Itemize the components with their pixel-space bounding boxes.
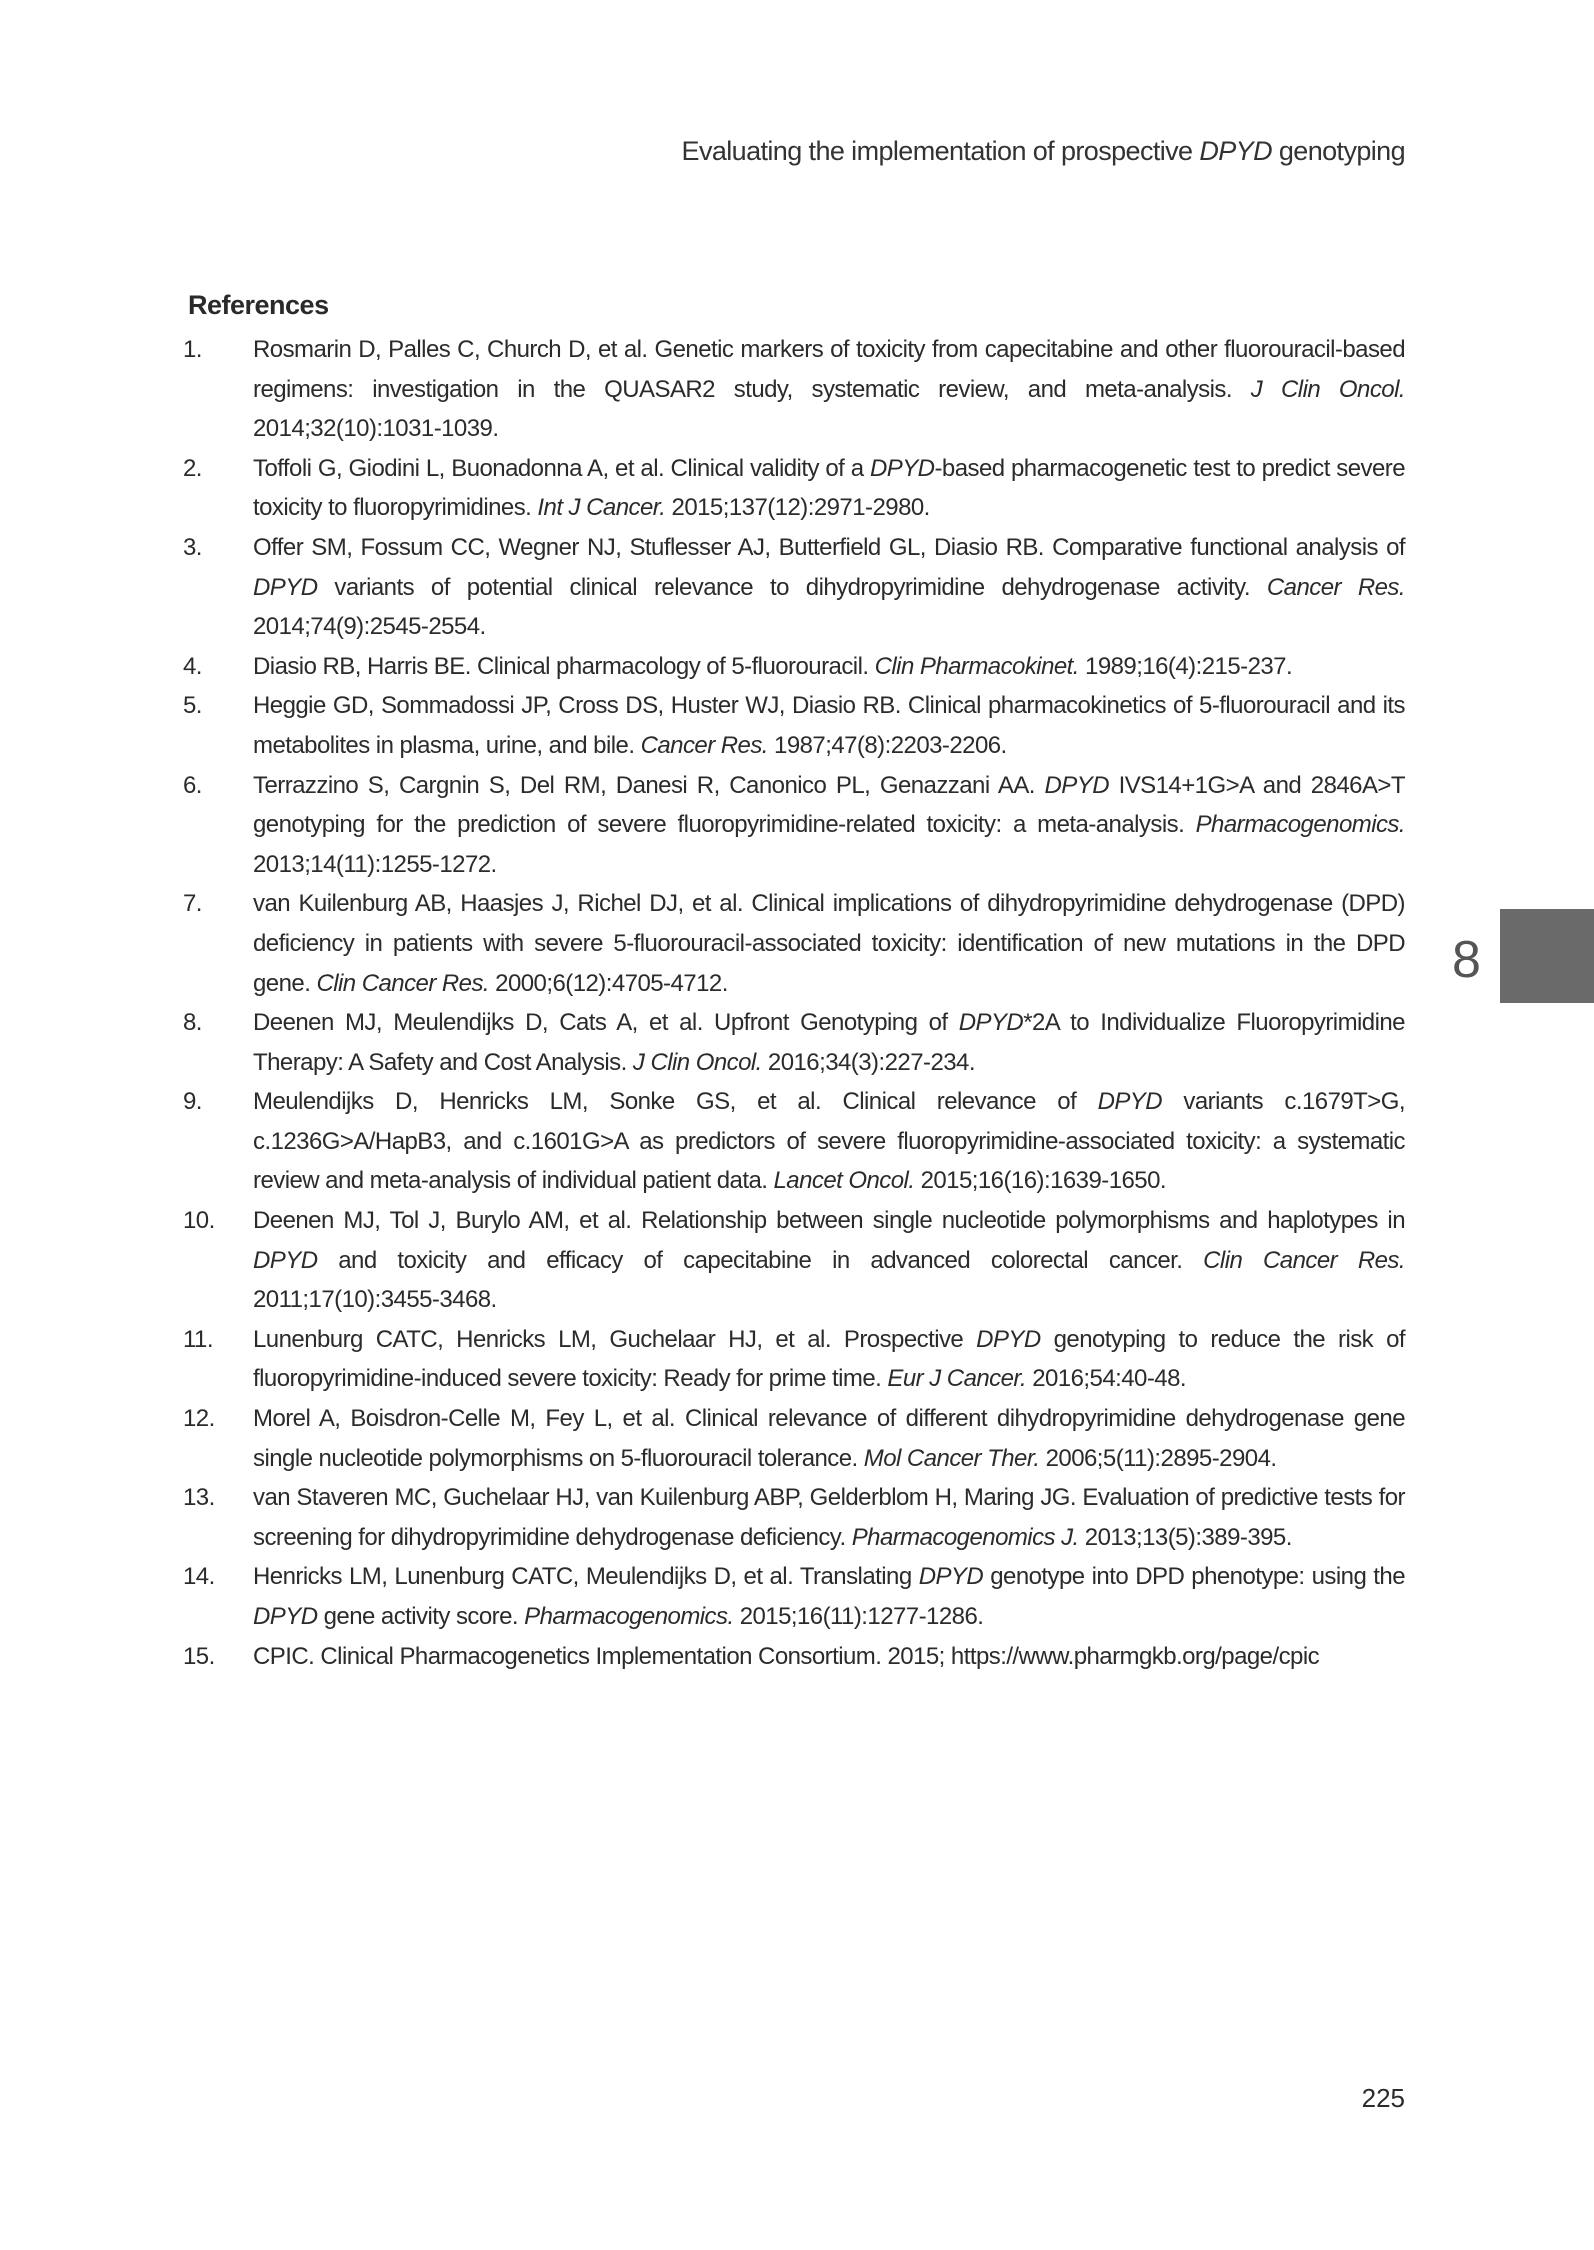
reference-segment: 2014;32(10):1031-1039. — [253, 415, 498, 442]
reference-italic: J Clin Oncol. — [1251, 376, 1405, 403]
reference-italic: Lancet Oncol. — [774, 1167, 915, 1194]
reference-number: 15. — [183, 1637, 215, 1677]
reference-text: Offer SM, Fossum CC, Wegner NJ, Stufless… — [253, 534, 1405, 640]
running-head: Evaluating the implementation of prospec… — [682, 136, 1405, 167]
reference-item: 7.van Kuilenburg AB, Haasjes J, Richel D… — [183, 884, 1405, 1003]
reference-italic: Clin Pharmacokinet. — [875, 653, 1079, 680]
page-number: 225 — [1362, 2083, 1405, 2114]
reference-item: 3.Offer SM, Fossum CC, Wegner NJ, Stufle… — [183, 528, 1405, 647]
reference-segment: Henricks LM, Lunenburg CATC, Meulendijks… — [253, 1563, 919, 1590]
reference-item: 8.Deenen MJ, Meulendijks D, Cats A, et a… — [183, 1003, 1405, 1082]
reference-segment: Lunenburg CATC, Henricks LM, Guchelaar H… — [253, 1326, 976, 1353]
reference-segment: 1989;16(4):215-237. — [1079, 653, 1292, 680]
reference-list: 1.Rosmarin D, Palles C, Church D, et al.… — [183, 330, 1405, 1676]
reference-number: 12. — [183, 1399, 215, 1439]
running-head-gene: DPYD — [1199, 136, 1272, 166]
reference-segment: 2015;16(16):1639-1650. — [914, 1167, 1166, 1194]
reference-number: 8. — [183, 1003, 202, 1043]
reference-item: 6.Terrazzino S, Cargnin S, Del RM, Danes… — [183, 766, 1405, 885]
reference-text: Henricks LM, Lunenburg CATC, Meulendijks… — [253, 1563, 1405, 1630]
running-head-suffix: genotyping — [1272, 136, 1405, 166]
reference-item: 10.Deenen MJ, Tol J, Burylo AM, et al. R… — [183, 1201, 1405, 1320]
reference-segment: 2013;14(11):1255-1272. — [253, 851, 497, 878]
reference-segment: and toxicity and efficacy of capecitabin… — [317, 1247, 1203, 1274]
reference-item: 15.CPIC. Clinical Pharmacogenetics Imple… — [183, 1637, 1405, 1677]
reference-segment: Meulendijks D, Henricks LM, Sonke GS, et… — [253, 1088, 1098, 1115]
reference-italic: Pharmacogenomics. — [1196, 811, 1405, 838]
reference-segment: 2015;16(11):1277-1286. — [734, 1603, 984, 1630]
reference-number: 13. — [183, 1478, 215, 1518]
reference-item: 12.Morel A, Boisdron-Celle M, Fey L, et … — [183, 1399, 1405, 1478]
reference-item: 4.Diasio RB, Harris BE. Clinical pharmac… — [183, 647, 1405, 687]
reference-segment: 2006;5(11):2895-2904. — [1040, 1445, 1277, 1472]
reference-segment: variants of potential clinical relevance… — [317, 574, 1266, 601]
reference-number: 1. — [183, 330, 202, 370]
reference-text: Rosmarin D, Palles C, Church D, et al. G… — [253, 336, 1405, 442]
reference-text: Toffoli G, Giodini L, Buonadonna A, et a… — [253, 455, 1405, 522]
reference-italic: Pharmacogenomics J. — [852, 1524, 1079, 1551]
reference-segment: genotype into DPD phenotype: using the — [983, 1563, 1405, 1590]
reference-segment: Rosmarin D, Palles C, Church D, et al. G… — [253, 336, 1405, 403]
reference-item: 11.Lunenburg CATC, Henricks LM, Guchelaa… — [183, 1320, 1405, 1399]
reference-italic: DPYD — [976, 1326, 1040, 1353]
reference-italic: DPYD — [870, 455, 934, 482]
reference-text: Deenen MJ, Tol J, Burylo AM, et al. Rela… — [253, 1207, 1405, 1313]
reference-italic: DPYD — [253, 1247, 317, 1274]
reference-segment: 2014;74(9):2545-2554. — [253, 613, 486, 640]
running-head-prefix: Evaluating the implementation of prospec… — [682, 136, 1200, 166]
reference-italic: J Clin Oncol. — [633, 1049, 762, 1076]
reference-text: van Staveren MC, Guchelaar HJ, van Kuile… — [253, 1484, 1405, 1551]
reference-number: 2. — [183, 449, 202, 489]
reference-italic: Int J Cancer. — [537, 494, 665, 521]
reference-segment: CPIC. Clinical Pharmacogenetics Implemen… — [253, 1643, 1319, 1670]
reference-segment: Toffoli G, Giodini L, Buonadonna A, et a… — [253, 455, 870, 482]
reference-italic: DPYD — [919, 1563, 983, 1590]
reference-segment: 2013;13(5):389-395. — [1079, 1524, 1292, 1551]
reference-segment: 2016;34(3):227-234. — [762, 1049, 975, 1076]
reference-italic: DPYD — [959, 1009, 1023, 1036]
reference-item: 2.Toffoli G, Giodini L, Buonadonna A, et… — [183, 449, 1405, 528]
reference-number: 4. — [183, 647, 202, 687]
reference-item: 13.van Staveren MC, Guchelaar HJ, van Ku… — [183, 1478, 1405, 1557]
reference-segment: 1987;47(8):2203-2206. — [768, 732, 1007, 759]
reference-number: 9. — [183, 1082, 202, 1122]
reference-number: 6. — [183, 766, 202, 806]
reference-italic: Clin Cancer Res. — [1203, 1247, 1405, 1274]
reference-text: Deenen MJ, Meulendijks D, Cats A, et al.… — [253, 1009, 1405, 1076]
reference-item: 14.Henricks LM, Lunenburg CATC, Meulendi… — [183, 1557, 1405, 1636]
reference-number: 7. — [183, 884, 202, 924]
reference-segment: Terrazzino S, Cargnin S, Del RM, Danesi … — [253, 772, 1045, 799]
reference-segment: gene activity score. — [317, 1603, 524, 1630]
reference-italic: Cancer Res. — [1267, 574, 1405, 601]
reference-text: Lunenburg CATC, Henricks LM, Guchelaar H… — [253, 1326, 1405, 1393]
reference-text: Morel A, Boisdron-Celle M, Fey L, et al.… — [253, 1405, 1405, 1472]
reference-italic: Pharmacogenomics. — [524, 1603, 733, 1630]
reference-segment: Deenen MJ, Tol J, Burylo AM, et al. Rela… — [253, 1207, 1405, 1234]
reference-text: van Kuilenburg AB, Haasjes J, Richel DJ,… — [253, 890, 1405, 996]
reference-text: Terrazzino S, Cargnin S, Del RM, Danesi … — [253, 772, 1405, 878]
reference-segment: Deenen MJ, Meulendijks D, Cats A, et al.… — [253, 1009, 959, 1036]
reference-item: 5.Heggie GD, Sommadossi JP, Cross DS, Hu… — [183, 686, 1405, 765]
reference-number: 14. — [183, 1557, 215, 1597]
reference-text: CPIC. Clinical Pharmacogenetics Implemen… — [253, 1643, 1319, 1670]
reference-segment: 2011;17(10):3455-3468. — [253, 1286, 497, 1313]
reference-text: Diasio RB, Harris BE. Clinical pharmacol… — [253, 653, 1292, 680]
reference-italic: DPYD — [1045, 772, 1109, 799]
reference-number: 11. — [183, 1320, 213, 1360]
reference-text: Heggie GD, Sommadossi JP, Cross DS, Hust… — [253, 692, 1405, 759]
reference-segment: 2016;54:40-48. — [1026, 1365, 1186, 1392]
reference-number: 10. — [183, 1201, 215, 1241]
reference-italic: DPYD — [253, 1603, 317, 1630]
reference-segment: 2000;6(12):4705-4712. — [489, 970, 728, 997]
reference-segment: Offer SM, Fossum CC, Wegner NJ, Stufless… — [253, 534, 1405, 561]
chapter-tab — [1500, 909, 1594, 1003]
reference-item: 9.Meulendijks D, Henricks LM, Sonke GS, … — [183, 1082, 1405, 1201]
reference-italic: DPYD — [1098, 1088, 1162, 1115]
reference-italic: Eur J Cancer. — [887, 1365, 1026, 1392]
reference-segment: Diasio RB, Harris BE. Clinical pharmacol… — [253, 653, 875, 680]
reference-italic: Clin Cancer Res. — [316, 970, 489, 997]
reference-item: 1.Rosmarin D, Palles C, Church D, et al.… — [183, 330, 1405, 449]
reference-number: 3. — [183, 528, 202, 568]
section-title: References — [188, 290, 329, 321]
reference-italic: DPYD — [253, 574, 317, 601]
reference-italic: Cancer Res. — [641, 732, 768, 759]
reference-number: 5. — [183, 686, 202, 726]
reference-text: Meulendijks D, Henricks LM, Sonke GS, et… — [253, 1088, 1405, 1194]
reference-italic: Mol Cancer Ther. — [864, 1445, 1040, 1472]
reference-segment: 2015;137(12):2971-2980. — [665, 494, 929, 521]
chapter-number: 8 — [1452, 930, 1481, 990]
